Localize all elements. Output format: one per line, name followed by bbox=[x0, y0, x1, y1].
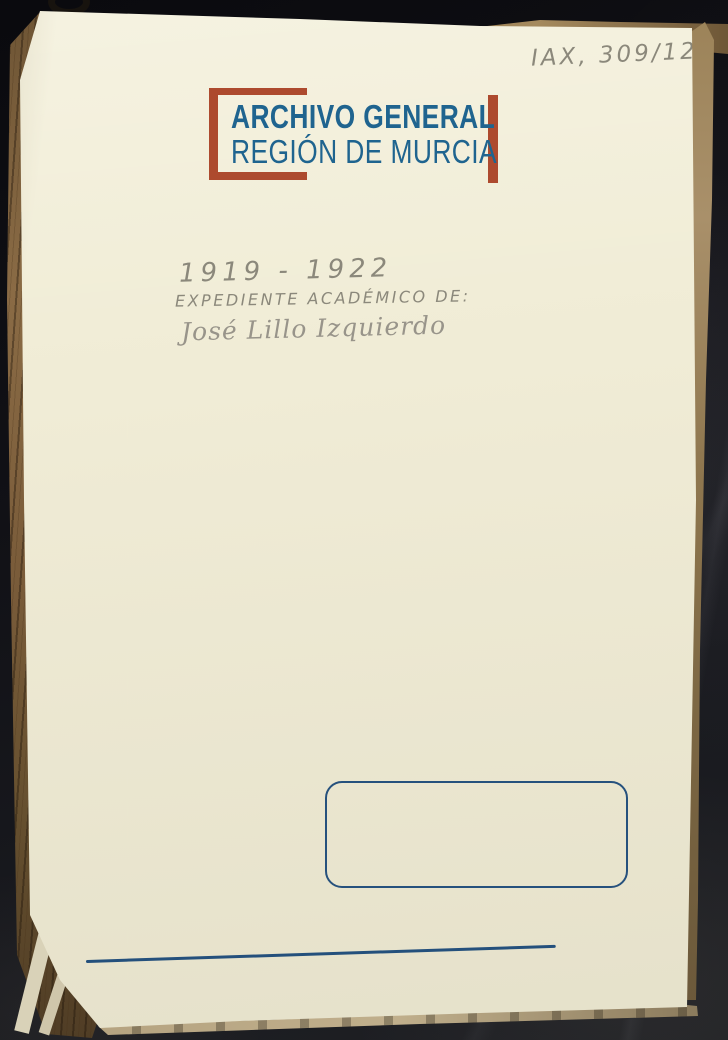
footer-rule-line bbox=[86, 945, 556, 963]
handwritten-label: EXPEDIENTE ACADÉMICO DE: bbox=[175, 286, 471, 310]
logo-title-line2: REGIÓN DE MURCIA bbox=[231, 133, 497, 171]
handwritten-reference-code: IAX, 309/12 bbox=[531, 38, 699, 71]
archive-logo: ARCHIVO GENERAL REGIÓN DE MURCIA bbox=[205, 86, 505, 186]
scanned-document-photo: IAX, 309/12 ARCHIVO GENERAL REGIÓN DE MU… bbox=[0, 0, 728, 1040]
empty-signature-box bbox=[325, 781, 628, 888]
logo-title-line1: ARCHIVO GENERAL bbox=[231, 98, 495, 136]
handwritten-name: José Lillo Izquierdo bbox=[181, 311, 447, 347]
folder-cover: IAX, 309/12 ARCHIVO GENERAL REGIÓN DE MU… bbox=[0, 0, 728, 1040]
handwritten-years: 1919 - 1922 bbox=[179, 253, 393, 289]
